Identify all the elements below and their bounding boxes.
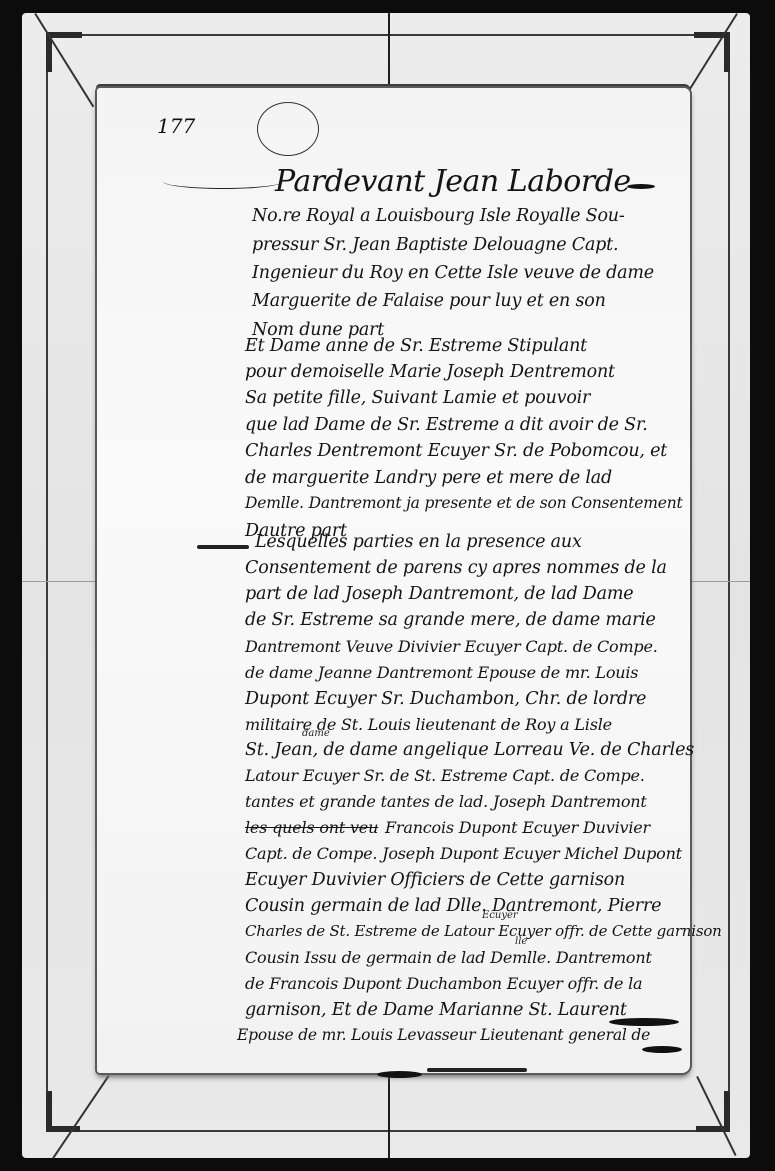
p3-line-9: St. Jean, de dame angelique Lorreau Ve. … [245, 740, 694, 760]
initial-flourish-loop [257, 102, 319, 156]
initial-flourish-tail [163, 174, 283, 189]
interlinear-note-ecuyer: Ecuyer [482, 910, 518, 921]
diag-br [697, 1076, 737, 1156]
margin-dash-p3 [197, 545, 249, 549]
p3-line-19: garnison, Et de Dame Marianne St. Lauren… [245, 1000, 627, 1020]
p3-line-15: Cousin germain de lad Dlle. Dantremont, … [245, 896, 661, 916]
p2-line-1: Et Dame anne de Sr. Estreme Stipulant [245, 336, 587, 356]
p3-line-10: Latour Ecuyer Sr. de St. Estreme Capt. d… [245, 766, 645, 785]
struck-text: les quels ont veu [245, 818, 378, 837]
ink-dash [627, 184, 655, 189]
p3-line-17: Cousin Issu de germain de lad Demlle. Da… [245, 948, 652, 967]
interlinear-note-dame: dame [302, 728, 330, 739]
text-line-3: Ingenieur du Roy en Cette Isle veuve de … [252, 263, 654, 283]
p2-line-3: Sa petite fille, Suivant Lamie et pouvoi… [245, 388, 590, 408]
p3-line-11: tantes et grande tantes de lad. Joseph D… [245, 792, 647, 811]
fold-line-right [690, 581, 750, 582]
p3-line-14: Ecuyer Duvivier Officiers de Cette garni… [245, 870, 625, 890]
p3-line-2: Consentement de parens cy apres nommes d… [245, 558, 667, 578]
diag-bl [52, 1075, 109, 1159]
manuscript-page: 177 Pardevant Jean Laborde No.re Royal a… [97, 88, 690, 1073]
p3-line-8: militaire de St. Louis lieutenant de Roy… [245, 715, 612, 734]
ink-blot-2 [642, 1046, 682, 1053]
p3-line-5: Dantremont Veuve Divivier Ecuyer Capt. d… [245, 637, 658, 656]
corner-mark-tr-v [724, 32, 730, 72]
p3-line-13: Capt. de Compe. Joseph Dupont Ecuyer Mic… [245, 844, 682, 863]
closing-flourish [427, 1068, 527, 1072]
p3-line-1: Lesquelles parties en la presence aux [255, 532, 582, 552]
p2-line-7: Demlle. Dantremont ja presente et de son… [245, 494, 683, 512]
p3-line-12-rest: Francois Dupont Ecuyer Duvivier [385, 818, 650, 837]
ink-blot-3 [377, 1071, 422, 1078]
p3-line-7: Dupont Ecuyer Sr. Duchambon, Chr. de lor… [245, 689, 646, 709]
p3-line-12: les quels ont veu [245, 818, 378, 837]
p3-line-16: Charles de St. Estreme de Latour Ecuyer … [245, 922, 722, 940]
corner-mark-bl-v [46, 1091, 52, 1131]
fold-line-bottom [388, 1073, 390, 1158]
folio-number: 177 [157, 114, 195, 138]
text-line-4: Marguerite de Falaise pour luy et en son [252, 291, 606, 311]
interlinear-note-lle: lle [515, 936, 527, 947]
p3-line-4: de Sr. Estreme sa grande mere, de dame m… [245, 610, 656, 630]
p2-line-4: que lad Dame de Sr. Estreme a dit avoir … [245, 415, 648, 435]
opening-line: Pardevant Jean Laborde [275, 164, 631, 199]
diag-tl [35, 13, 95, 107]
p2-line-5: Charles Dentremont Ecuyer Sr. de Pobomco… [245, 441, 667, 461]
p3-line-18: de Francois Dupont Duchambon Ecuyer offr… [245, 974, 642, 993]
ink-blot-1 [609, 1018, 679, 1026]
p2-line-2: pour demoiselle Marie Joseph Dentremont [245, 362, 615, 382]
p3-line-6: de dame Jeanne Dantremont Epouse de mr. … [245, 663, 638, 682]
corner-mark-br-v [724, 1091, 730, 1131]
fold-line-left [22, 581, 98, 582]
text-line-1: No.re Royal a Louisbourg Isle Royalle So… [252, 206, 625, 226]
fold-line-top [388, 13, 390, 93]
frame-left-line [46, 34, 48, 1132]
p3-line-20: Epouse de mr. Louis Levasseur Lieutenant… [237, 1026, 650, 1044]
p2-line-6: de marguerite Landry pere et mere de lad [245, 468, 612, 488]
text-line-2: pressur Sr. Jean Baptiste Delouagne Capt… [252, 235, 618, 255]
p3-line-3: part de lad Joseph Dantremont, de lad Da… [245, 584, 633, 604]
frame-right-line [728, 34, 730, 1132]
